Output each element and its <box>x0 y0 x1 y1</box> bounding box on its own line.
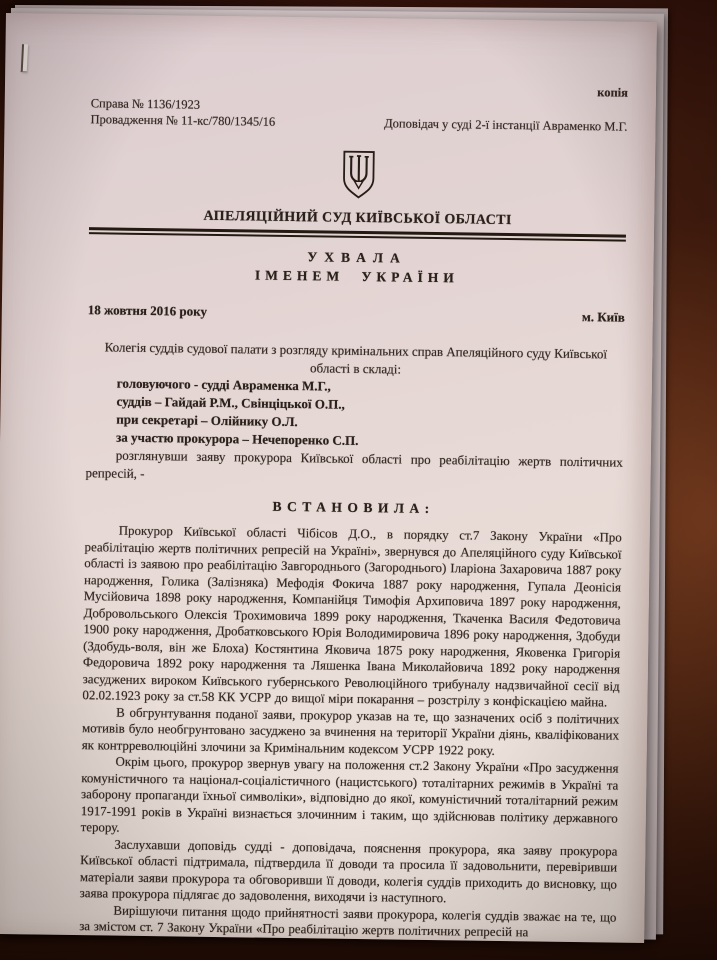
established-heading: ВСТАНОВИЛА: <box>85 496 622 519</box>
court-name-heading: АПЕЛЯЦІЙНИЙ СУД КИЇВСЬКОЇ ОБЛАСТІ <box>89 207 626 230</box>
photo-scene: копія Справа № 1136/1923 Провадження № 1… <box>0 0 717 960</box>
court-ruling-page: копія Справа № 1136/1923 Провадження № 1… <box>0 13 657 943</box>
case-meta-row: Справа № 1136/1923 Провадження № 11-кс/7… <box>90 95 627 134</box>
page-content: копія Справа № 1136/1923 Провадження № 1… <box>0 13 657 943</box>
body-paragraph: Окрім цього, прокурор звернув увагу на п… <box>81 753 619 843</box>
case-meta-left: Справа № 1136/1923 Провадження № 11-кс/7… <box>90 95 275 130</box>
ukraine-trident-emblem-icon <box>89 139 627 210</box>
date-city-row: 18 жовтня 2016 року м. Київ <box>88 302 625 325</box>
reporter-line: Доповідач у суді 2-ї інстанції Авраменко… <box>384 115 627 134</box>
considering-line: розглянувши заяву прокурора Київської об… <box>85 446 622 489</box>
decision-date: 18 жовтня 2016 року <box>88 302 207 320</box>
panel-composition-list: головуючого - судді Авраменка М.Г., судд… <box>86 374 624 453</box>
body-paragraph: Прокурор Київської області Чібісов Д.О.,… <box>82 522 621 711</box>
body-paragraph: Вирішуючи питання щодо прийнятності заяв… <box>79 902 616 942</box>
in-the-name-heading: ІМЕНЕМ УКРАЇНИ <box>88 265 625 288</box>
proceeding-number: Провадження № 11-кс/780/1345/16 <box>90 111 275 130</box>
body-paragraph: Заслухавши доповідь судді - доповідача, … <box>80 836 618 909</box>
body-paragraph: В обгрунтування поданої заяви, прокурор … <box>82 704 620 761</box>
decision-city: м. Київ <box>582 309 625 326</box>
